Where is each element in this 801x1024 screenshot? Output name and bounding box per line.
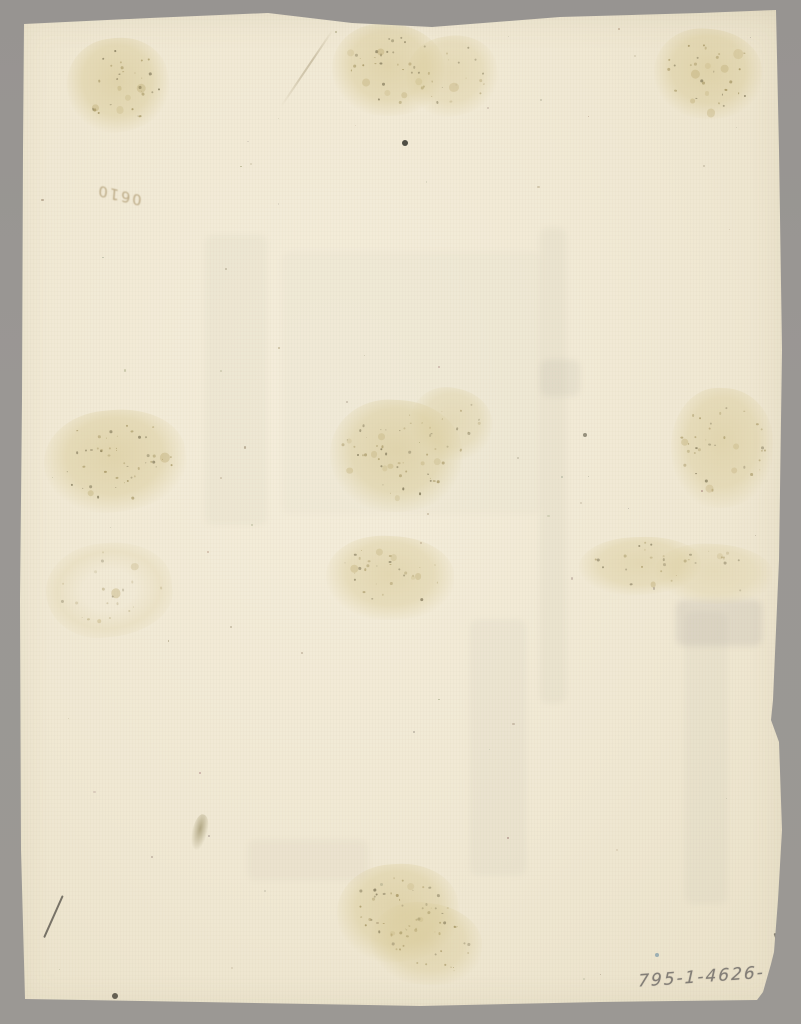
stain-speck xyxy=(100,449,103,452)
stain-speck xyxy=(97,496,100,499)
stain-speck xyxy=(435,931,436,932)
paper-speck xyxy=(653,587,656,590)
paper-edge-shading xyxy=(0,0,801,1024)
stain-speck xyxy=(342,443,345,446)
stain-speck xyxy=(126,465,128,467)
stain-speck xyxy=(704,62,711,69)
stain-speck xyxy=(426,454,428,456)
stain-speck xyxy=(738,69,740,71)
stain-speck xyxy=(142,92,145,95)
stain-speck xyxy=(150,461,153,464)
stain-speck xyxy=(398,569,400,571)
stain-speck xyxy=(82,617,83,618)
stain-speck xyxy=(377,566,378,567)
stain-speck xyxy=(402,69,404,71)
stain-speck xyxy=(761,450,763,452)
paper-speck xyxy=(208,835,209,836)
stain-speck xyxy=(396,894,399,897)
stain-speck xyxy=(397,64,399,66)
stain-speck xyxy=(697,57,699,59)
paper-speck xyxy=(52,477,53,478)
stain-speck xyxy=(399,101,402,104)
stain-speck xyxy=(409,414,411,416)
stain-speck xyxy=(153,455,156,458)
stain-speck xyxy=(463,942,465,944)
stain-speck xyxy=(390,564,392,566)
stain-speck xyxy=(115,487,116,488)
stain-speck xyxy=(353,553,356,556)
stain-speck xyxy=(132,109,134,111)
stain-speck xyxy=(102,588,105,591)
paper-speck xyxy=(278,203,280,205)
stain-speck xyxy=(705,484,714,493)
stain-speck xyxy=(691,69,701,79)
stain-speck xyxy=(453,970,454,971)
glue-stain xyxy=(578,535,702,597)
stain-speck xyxy=(423,86,425,88)
paper-speck xyxy=(634,55,637,58)
stain-speck xyxy=(382,465,388,471)
stain-speck xyxy=(662,558,665,561)
stain-speck xyxy=(390,554,396,560)
stain-speck xyxy=(87,490,94,497)
stain-speck xyxy=(425,903,428,906)
stain-speck xyxy=(419,492,422,495)
stain-speck xyxy=(119,73,121,75)
stain-speck xyxy=(91,108,94,111)
paper-speck xyxy=(247,141,249,143)
stain-speck xyxy=(104,471,107,474)
stain-speck xyxy=(360,916,362,918)
stain-speck xyxy=(667,68,670,71)
stain-speck xyxy=(431,907,432,908)
stain-speck xyxy=(149,73,152,76)
stain-speck xyxy=(416,962,419,965)
stain-speck xyxy=(359,906,361,908)
paper-speck xyxy=(736,127,737,128)
stain-speck xyxy=(376,893,378,895)
stain-speck xyxy=(169,456,172,459)
stain-speck xyxy=(439,921,441,923)
stain-speck xyxy=(453,967,454,968)
stain-speck xyxy=(160,453,171,464)
glue-stain xyxy=(650,24,767,125)
stain-speck xyxy=(378,433,385,440)
glue-stain xyxy=(325,534,456,622)
stain-speck xyxy=(346,438,351,443)
stain-speck xyxy=(360,58,361,59)
stain-speck xyxy=(702,82,705,85)
stain-speck xyxy=(699,417,701,419)
stain-speck xyxy=(126,424,128,426)
paper-speck xyxy=(413,731,415,733)
stain-speck xyxy=(421,87,424,90)
stain-speck xyxy=(390,934,393,937)
stain-speck xyxy=(110,64,112,66)
stain-speck xyxy=(354,65,357,68)
stain-speck xyxy=(134,475,136,477)
pencil-stroke-mark xyxy=(774,933,786,963)
stain-speck xyxy=(454,926,456,928)
stain-speck xyxy=(644,549,645,550)
stain-speck xyxy=(447,446,449,448)
showthrough-ghost xyxy=(540,228,566,703)
stain-speck xyxy=(743,466,746,469)
stain-speck xyxy=(450,966,452,968)
stain-speck xyxy=(449,82,460,93)
stain-speck xyxy=(739,589,741,591)
stain-speck xyxy=(733,444,739,450)
paper-speck xyxy=(110,527,111,528)
showthrough-ghost xyxy=(470,620,526,875)
stain-speck xyxy=(674,64,676,66)
stain-speck xyxy=(726,552,729,555)
stain-speck xyxy=(131,562,139,570)
paper-speck xyxy=(102,257,104,259)
stain-speck xyxy=(122,589,125,592)
stain-speck xyxy=(733,49,744,60)
stain-speck xyxy=(71,484,73,486)
stain-speck xyxy=(383,893,386,896)
stain-speck xyxy=(347,49,355,57)
stain-speck xyxy=(455,84,457,86)
stain-speck xyxy=(723,436,726,439)
stain-speck xyxy=(401,92,407,98)
stain-speck xyxy=(650,582,656,588)
paper-speck xyxy=(220,370,222,372)
stain-speck xyxy=(688,443,690,445)
stain-speck xyxy=(681,439,688,446)
stain-speck xyxy=(405,471,407,473)
stain-speck xyxy=(759,469,760,470)
stain-speck xyxy=(688,45,690,47)
stain-speck xyxy=(459,448,462,451)
glue-stain xyxy=(40,404,190,518)
stain-speck xyxy=(434,564,435,565)
stain-speck xyxy=(681,436,684,439)
stain-speck xyxy=(479,79,482,82)
stain-speck xyxy=(116,449,117,450)
stain-speck xyxy=(764,450,766,452)
stain-speck xyxy=(695,447,697,449)
glue-stain xyxy=(334,860,463,966)
stain-speck xyxy=(401,37,403,39)
stain-speck xyxy=(467,943,470,946)
stain-speck xyxy=(171,464,173,466)
stain-speck xyxy=(431,95,432,96)
stain-speck xyxy=(139,86,142,89)
stain-speck xyxy=(382,83,385,86)
paper-speck xyxy=(588,476,589,477)
paper-speck xyxy=(508,36,510,38)
stain-speck xyxy=(405,928,406,929)
stain-speck xyxy=(669,59,671,61)
stain-speck xyxy=(705,440,706,441)
stain-speck xyxy=(402,488,405,491)
stain-speck xyxy=(467,47,469,49)
stain-speck xyxy=(377,48,384,55)
stain-speck xyxy=(160,587,163,590)
stain-speck xyxy=(738,559,741,562)
stain-speck xyxy=(62,583,64,585)
stain-speck xyxy=(109,617,111,619)
stain-speck xyxy=(443,922,446,925)
stain-speck xyxy=(102,57,105,60)
stain-speck xyxy=(404,42,406,44)
stain-speck xyxy=(354,572,355,573)
stain-speck xyxy=(404,427,406,429)
stain-speck xyxy=(418,71,420,73)
paper-speck xyxy=(701,490,703,492)
stain-speck xyxy=(433,458,440,465)
stain-speck xyxy=(394,495,400,501)
stain-speck xyxy=(694,63,697,66)
stain-speck xyxy=(448,59,449,60)
stain-speck xyxy=(347,439,348,440)
paper-speck xyxy=(703,165,705,167)
stain-speck xyxy=(445,964,447,966)
stain-speck xyxy=(467,432,468,433)
stain-speck xyxy=(117,436,118,437)
stain-speck xyxy=(414,929,417,932)
paper-speck xyxy=(628,508,629,509)
paper-speck xyxy=(561,476,563,478)
stain-speck xyxy=(446,52,449,55)
stain-speck xyxy=(420,461,424,465)
stain-speck xyxy=(378,931,381,934)
glue-stain xyxy=(329,20,447,120)
stain-speck xyxy=(137,467,139,469)
stain-speck xyxy=(385,452,388,455)
stain-speck xyxy=(425,963,428,966)
stain-speck xyxy=(359,567,361,569)
stain-speck xyxy=(388,463,394,469)
stain-speck xyxy=(729,81,732,84)
stain-speck xyxy=(410,422,412,424)
photograph-background: 0610 795-1-4626- xyxy=(0,0,801,1024)
stain-speck xyxy=(354,53,357,56)
stain-speck xyxy=(723,558,725,560)
stain-speck xyxy=(123,71,124,72)
stain-speck xyxy=(408,63,411,66)
stain-speck xyxy=(111,588,121,598)
stain-speck xyxy=(720,557,722,559)
stain-speck xyxy=(362,454,364,456)
stain-speck xyxy=(375,63,376,64)
stain-speck xyxy=(378,99,380,101)
stain-speck xyxy=(82,465,85,468)
stain-speck xyxy=(82,488,83,489)
stain-speck xyxy=(478,419,480,421)
stain-speck xyxy=(115,477,118,480)
stain-speck xyxy=(389,555,392,558)
stain-speck xyxy=(701,79,704,82)
stain-speck xyxy=(402,462,404,464)
stain-speck xyxy=(395,948,398,951)
stain-speck xyxy=(405,571,408,574)
stain-speck xyxy=(377,458,380,461)
stain-speck xyxy=(597,559,600,562)
stain-speck xyxy=(90,448,93,451)
stain-speck xyxy=(353,446,355,448)
stain-speck xyxy=(719,412,722,415)
stain-speck xyxy=(427,911,430,914)
stain-speck xyxy=(388,561,391,564)
stain-speck xyxy=(162,459,164,461)
stain-speck xyxy=(138,115,139,116)
stain-speck xyxy=(761,447,763,449)
paper-speck xyxy=(207,551,209,553)
stain-speck xyxy=(67,471,68,472)
stain-speck xyxy=(407,883,414,890)
stain-speck xyxy=(456,428,459,431)
paper-speck xyxy=(571,577,574,580)
stain-speck xyxy=(676,575,677,576)
stain-speck xyxy=(431,433,433,435)
stain-speck xyxy=(112,595,114,597)
stain-speck xyxy=(390,893,392,895)
showthrough-ghost xyxy=(685,612,727,904)
stain-speck xyxy=(638,545,640,547)
stain-speck xyxy=(373,889,376,892)
stain-speck xyxy=(117,85,123,91)
stain-speck xyxy=(380,429,381,430)
stain-speck xyxy=(382,484,384,486)
stain-speck xyxy=(384,89,391,96)
stain-speck xyxy=(429,886,432,889)
stain-speck xyxy=(630,583,632,585)
stain-speck xyxy=(602,566,604,568)
stain-speck xyxy=(375,548,382,555)
stain-speck xyxy=(721,94,723,96)
stain-speck xyxy=(350,565,358,573)
stain-speck xyxy=(660,570,663,573)
glue-stain xyxy=(41,537,176,644)
stain-speck xyxy=(376,445,378,447)
stain-speck xyxy=(390,492,391,493)
stain-speck xyxy=(731,468,737,474)
crease-line xyxy=(280,29,333,106)
stain-speck xyxy=(381,445,383,447)
paper-speck xyxy=(438,366,441,369)
stain-speck xyxy=(695,447,697,449)
stain-speck xyxy=(106,437,107,438)
stain-speck xyxy=(440,950,443,953)
stain-speck xyxy=(61,600,64,603)
stain-speck xyxy=(696,98,697,99)
stain-speck xyxy=(723,105,725,107)
stain-speck xyxy=(420,598,423,601)
stain-speck xyxy=(415,573,422,580)
paper-speck xyxy=(380,883,382,885)
stain-speck xyxy=(152,426,153,427)
stain-speck xyxy=(408,451,411,454)
stain-speck xyxy=(380,54,383,57)
glue-stain xyxy=(327,397,465,516)
stain-speck xyxy=(694,436,697,439)
stain-speck xyxy=(457,61,460,64)
stain-speck xyxy=(698,448,701,451)
stain-speck xyxy=(391,40,394,43)
stain-speck xyxy=(418,916,424,922)
stain-speck xyxy=(625,568,627,570)
stain-speck xyxy=(650,556,653,559)
stain-speck xyxy=(713,71,715,73)
paper-speck xyxy=(588,116,589,117)
stain-speck xyxy=(145,436,147,438)
paper-speck xyxy=(376,922,378,924)
stain-speck xyxy=(368,560,370,562)
paper-speck xyxy=(426,181,427,182)
paper-speck xyxy=(729,229,730,230)
stain-speck xyxy=(442,461,445,464)
stain-speck xyxy=(128,610,130,612)
stain-speck xyxy=(119,61,122,64)
stain-speck xyxy=(110,431,112,433)
stain-speck xyxy=(442,913,444,915)
stain-speck xyxy=(663,555,665,557)
paper-speck xyxy=(264,890,266,892)
stain-speck xyxy=(366,564,369,567)
stain-speck xyxy=(688,559,689,560)
stain-speck xyxy=(76,452,79,455)
stain-speck xyxy=(743,52,745,54)
paper-speck xyxy=(755,535,757,537)
stain-speck xyxy=(127,479,129,481)
stain-speck xyxy=(390,931,395,936)
stain-speck xyxy=(402,945,405,948)
stain-speck xyxy=(101,560,104,563)
stain-speck xyxy=(702,44,705,47)
stain-speck xyxy=(359,429,361,431)
stain-speck xyxy=(116,448,118,450)
stain-speck xyxy=(94,570,97,573)
stain-speck xyxy=(121,67,124,70)
stain-speck xyxy=(689,553,692,556)
stain-speck xyxy=(411,72,413,74)
paper-sheet: 0610 795-1-4626- xyxy=(0,0,801,1024)
stain-speck xyxy=(109,447,111,449)
stain-speck xyxy=(372,598,373,599)
stain-speck xyxy=(650,544,652,546)
paper-speck xyxy=(364,355,365,356)
stain-speck xyxy=(131,580,134,583)
stain-speck xyxy=(483,84,484,85)
paper-speck xyxy=(517,457,519,459)
stain-speck xyxy=(429,434,432,437)
stain-speck xyxy=(131,496,134,499)
paper-speck xyxy=(507,837,508,838)
showthrough-ghost xyxy=(676,600,762,646)
paper-speck xyxy=(59,969,60,970)
stain-speck xyxy=(412,890,413,891)
stain-speck xyxy=(460,410,462,412)
stain-speck xyxy=(93,109,96,112)
stain-speck xyxy=(100,450,102,452)
stain-speck xyxy=(116,602,119,605)
glue-stain xyxy=(654,541,775,607)
stain-speck xyxy=(406,935,409,938)
showthrough-ghost xyxy=(248,840,368,880)
stain-speck xyxy=(641,566,643,568)
stain-speck xyxy=(704,91,709,96)
paper-speck xyxy=(355,125,356,126)
paper-speck xyxy=(487,107,488,108)
stain-speck xyxy=(467,952,469,954)
stain-speck xyxy=(382,594,384,596)
stain-speck xyxy=(415,77,423,85)
stain-speck xyxy=(415,928,417,930)
